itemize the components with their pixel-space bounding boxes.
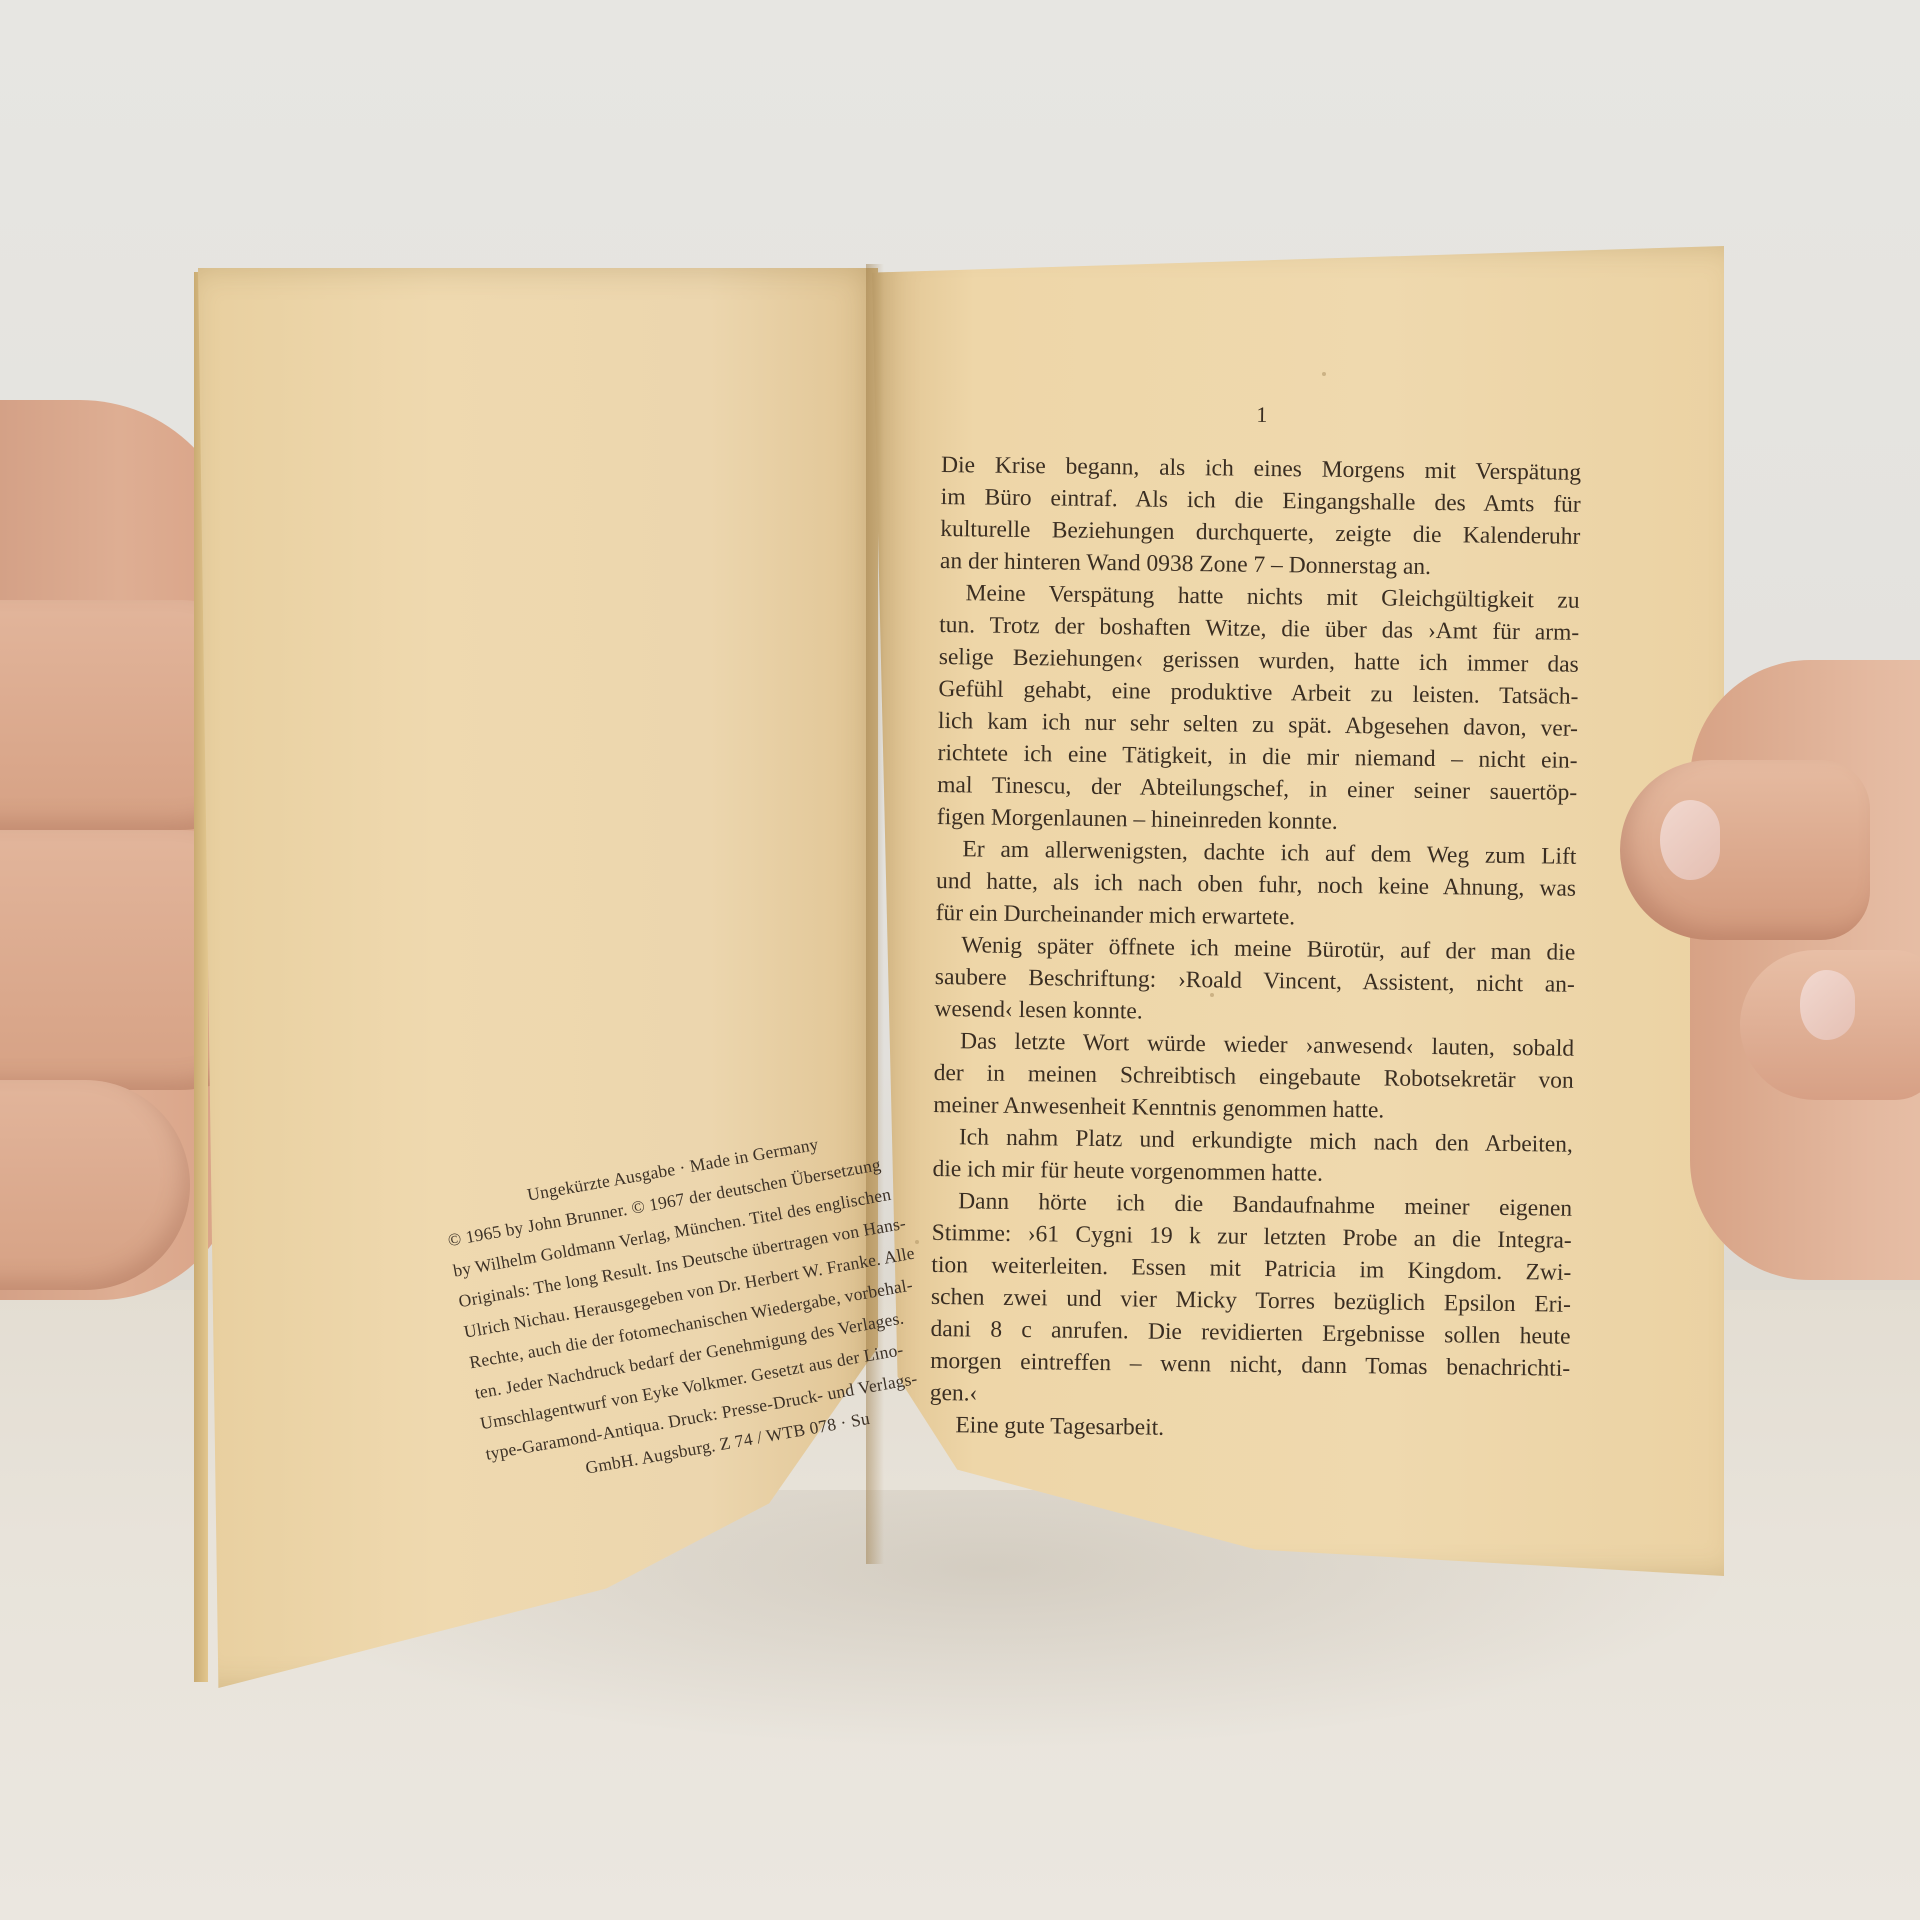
paragraph: Er am allerwenigsten, dachte ich auf dem… xyxy=(935,833,1576,937)
open-book: Ungekürzte Ausgabe · Made in Germany © 1… xyxy=(0,0,1920,1920)
photo-scene: Ungekürzte Ausgabe · Made in Germany © 1… xyxy=(0,0,1920,1920)
paragraph: Dann hörte ich die Bandaufnahme meiner e… xyxy=(930,1185,1573,1417)
paragraph: Ich nahm Platz und erkundigte mich nach … xyxy=(932,1121,1573,1193)
right-hand-thumb xyxy=(1620,760,1870,940)
chapter-number: 1 xyxy=(942,395,1582,435)
right-hand-finger xyxy=(1740,950,1920,1100)
paragraph: Das letzte Wort würde wieder ›anwesend‹ … xyxy=(933,1025,1574,1129)
chapter-text: 1 Die Krise begann, als ich eines Morgen… xyxy=(929,395,1582,1449)
paragraph: Meine Verspätung hatte nichts mit Gleich… xyxy=(937,577,1580,841)
paragraph: Die Krise begann, als ich eines Morgens … xyxy=(940,449,1582,585)
paragraph: Wenig später öffnete ich meine Bürotür, … xyxy=(934,929,1575,1033)
